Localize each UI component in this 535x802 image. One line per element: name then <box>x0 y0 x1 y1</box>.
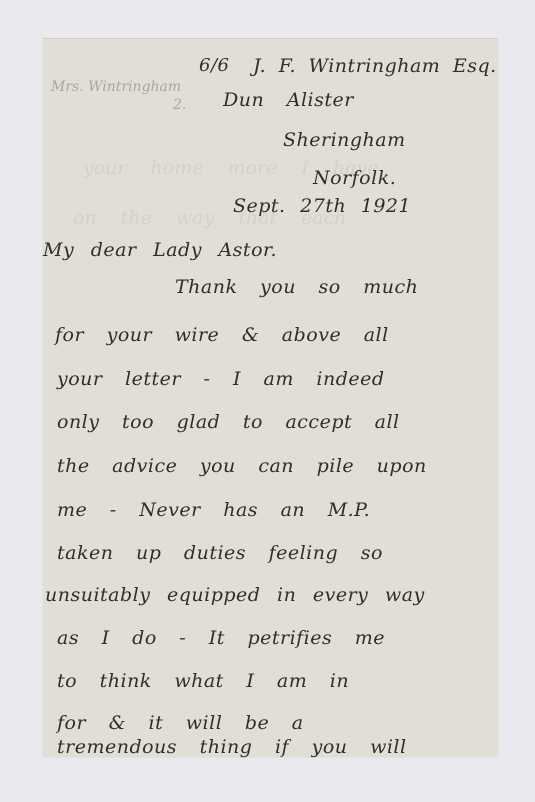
body-line: as I do - It petrifies me <box>57 627 385 649</box>
salutation: My dear Lady Astor. <box>43 239 277 261</box>
letter-page: your home more I have on the way that ea… <box>43 38 498 756</box>
letter-date: Sept. 27th 1921 <box>233 195 411 217</box>
body-line: tremendous thing if you will <box>57 736 407 758</box>
address-town: Sheringham <box>283 129 406 151</box>
address-house: Dun Alister <box>223 89 354 111</box>
address-care-of: J. F. Wintringham Esq. <box>253 55 497 77</box>
address-county: Norfolk. <box>313 167 396 189</box>
pencil-annotation: Mrs. Wintringham <box>51 79 181 95</box>
body-line: only too glad to accept all <box>57 411 400 433</box>
body-line: the advice you can pile upon <box>57 455 427 477</box>
body-line: Thank you so much <box>175 276 418 298</box>
body-line: for your wire & above all <box>55 324 389 346</box>
body-line: me - Never has an M.P. <box>57 499 370 521</box>
folio-number: 6/6 <box>199 55 229 76</box>
body-line: to think what I am in <box>57 670 349 692</box>
pencil-page-number: 2. <box>173 97 186 113</box>
body-line: taken up duties feeling so <box>57 542 383 564</box>
body-line: for & it will be a <box>57 712 304 734</box>
body-line: your letter - I am indeed <box>57 368 385 390</box>
body-line: unsuitably equipped in every way <box>45 584 425 606</box>
